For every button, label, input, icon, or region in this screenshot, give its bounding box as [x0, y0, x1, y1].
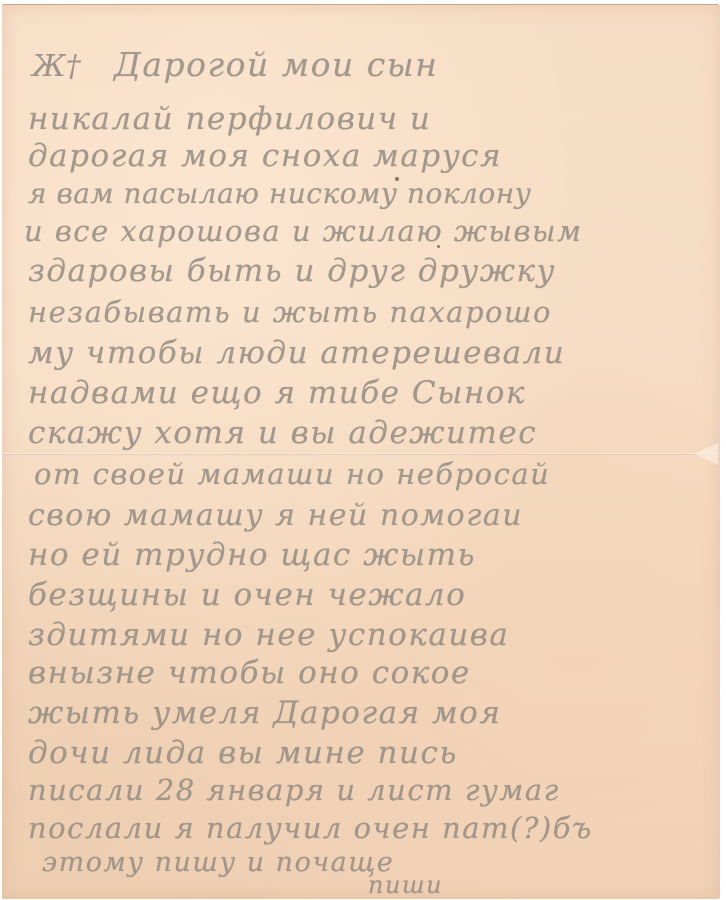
letter-line-13: но ей трудно щас жыть	[28, 537, 476, 573]
letter-line-16: внызне чтобы оно сокое	[28, 655, 471, 691]
letter-line-3: дарогая моя сноха маруся	[28, 138, 502, 174]
letter-line-2: никалай перфилович и	[28, 101, 431, 137]
letter-line-12: свою мамашу я ней помогаи	[28, 498, 523, 533]
letter-line-4: я вам пасылаю нискому поклону	[28, 177, 531, 210]
letter-line-17: жыть умеля Дарогая моя	[28, 695, 501, 731]
letter-line-22: пиши	[368, 871, 443, 899]
letter-line-1: Дарогой мои сын	[114, 45, 438, 84]
letter-line-7: незабывать и жыть пахарошо	[28, 295, 552, 329]
letter-line-9: надвами ещо я тибе Сынок	[28, 375, 526, 411]
letter-line-15: здитями но нее успокаива	[28, 617, 509, 653]
letter-page: Ж† Дарогой мои сын никалай перфилович и …	[2, 4, 720, 899]
letter-line-14: безщины и очен чежало	[28, 577, 466, 613]
letter-line-5: и все харошова и жилаю жывым	[24, 214, 583, 248]
letter-line-6: здаровы быть и друг дружку	[28, 253, 556, 289]
letter-line-20: послали я палучил очен пат(?)бъ	[28, 811, 593, 845]
letter-line-11: от своей мамаши но небросай	[34, 457, 550, 491]
letter-line-18: дочи лида вы мине пись	[28, 735, 458, 771]
letter-text: Дарогой мои сын никалай перфилович и дар…	[2, 5, 720, 899]
letter-line-10: скажу хотя и вы адежитес	[28, 415, 537, 451]
letter-line-19: писали 28 января и лист гумаг	[28, 773, 560, 807]
letter-line-8: му чтобы люди атерешевали	[28, 335, 565, 371]
letter-line-21: этому пишу и почаще	[42, 847, 394, 878]
